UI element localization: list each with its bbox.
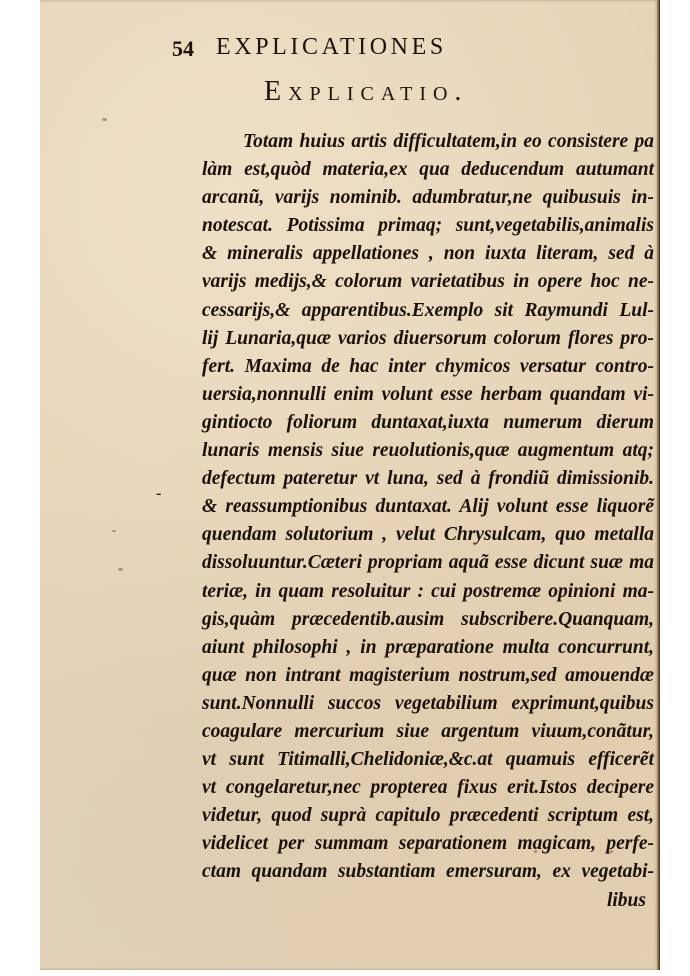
catchword: libus [202,887,654,915]
text-line: uersia,nonnulli enim volunt esse herbam … [202,381,654,409]
running-head: EXPLICATIONES [216,34,447,61]
text-line: vt congelaretur,nec propterea fixus erit… [202,774,654,802]
page-header: 54 EXPLICATIONES [40,34,660,64]
text-line: videtur, quod suprà capitulo præcedenti … [202,802,654,830]
text-line: videlicet per summam separationem magica… [202,830,654,858]
text-line: teriæ, in quam resoluitur : cui postremæ… [202,578,654,606]
page-gutter-edge [657,0,660,970]
text-line: gis,quàm præcedentib.ausim subscribere.Q… [202,606,654,634]
text-line: defectum pateretur vt luna, sed à frondi… [202,465,654,493]
text-line: dissoluuntur.Cæteri propriam aquã esse d… [202,549,654,577]
paper-speck [102,118,107,121]
text-line: coagulare mercurium siue argentum viuum,… [202,718,654,746]
book-page: 54 EXPLICATIONES Explicatio. - Totam hui… [40,0,660,970]
text-line: varijs medijs,& colorum varietatibus in … [202,268,654,296]
text-line: lunaris mensis siue reuolutionis,quæ aug… [202,437,654,465]
text-line: & mineralis appellationes , non iuxta li… [202,240,654,268]
text-line: quendam solutorium , velut Chrysulcam, q… [202,521,654,549]
text-line: Totam huius artis difficultatem,in eo co… [202,128,654,156]
text-line: arcanũ, varijs nominib. adumbratur,ne qu… [202,184,654,212]
text-line: notescat. Potissima primaq; sunt,vegetab… [202,212,654,240]
text-line: vt sunt Titimalli,Chelidoniæ,&c.at quamu… [202,746,654,774]
text-line: aiunt philosophi , in præparatione multa… [202,634,654,662]
text-line: quæ non intrant magisterium nostrum,sed … [202,662,654,690]
text-line: làm est,quòd materia,ex qua deducendum a… [202,156,654,184]
paper-speck [118,568,123,571]
body-paragraph: Totam huius artis difficultatem,in eo co… [202,128,654,915]
text-line: fert. Maxima de hac inter chymicos versa… [202,353,654,381]
margin-dash-mark: - [156,485,161,503]
text-line: & reassumptionibus duntaxat. Alij volunt… [202,493,654,521]
text-line: sunt.Nonnulli succos vegetabilium exprim… [202,690,654,718]
text-line: gintiocto foliorum duntaxat,iuxta numeru… [202,409,654,437]
text-line: lij Lunaria,quæ varios diuersorum coloru… [202,325,654,353]
section-title: Explicatio. [264,76,468,108]
text-line: ctam quandam substantiam emersuram, ex v… [202,858,654,886]
paper-speck [112,530,116,532]
page-number: 54 [172,36,194,62]
text-line: cessarijs,& apparentibus.Exemplo sit Ray… [202,297,654,325]
